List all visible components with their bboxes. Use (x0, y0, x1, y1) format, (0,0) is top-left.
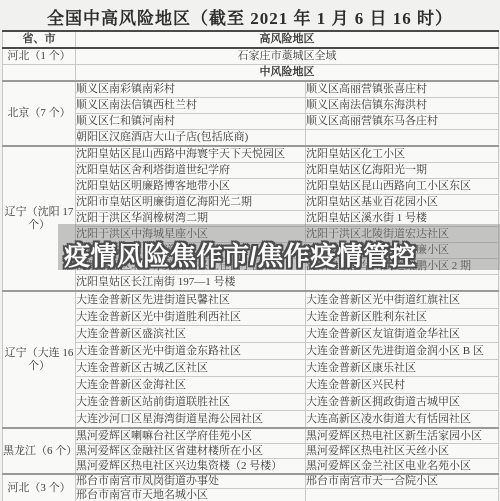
area-cell: 沈阳皇姑区昆山西路中海寰宇天下天悦园区 (76, 146, 306, 163)
area-cell: 顺义区南法信镇西杜兰村 (76, 98, 306, 114)
table-row: 顺义区南法信镇西杜兰村顺义区南法信镇东海洪村 (3, 98, 499, 114)
area-cell: 沈阳皇姑区亿海阳光一期 (306, 163, 499, 179)
area-cell: 沈阳皇姑区明廉路博客地带小区 (76, 179, 306, 195)
table-row: 沈阳皇姑区长江南街 197—1 号楼 (3, 275, 499, 292)
area-cell: 沈阳市皇姑区明廉街道亿海阳光二期 (76, 195, 306, 211)
table-row: 大连沙河口区星海湾街道星海公园社区大连高新区凌水街道大有恬园社区 (3, 411, 499, 429)
area-cell: 黑河爱辉区喇嘛台社区学府佳苑小区 (76, 428, 306, 444)
area-cell: 沈阳皇姑区化工小区 (306, 146, 499, 163)
col-header-high-risk: 高风险地区 (76, 31, 499, 48)
table-row: 大连金普新区古城乙区社区大连金普新区康乐社区 (3, 360, 499, 377)
high-risk-area-cell: 石家庄市藁城区全域 (76, 48, 499, 65)
province-cell: 河北（3 个） (3, 474, 76, 501)
table-row: 大连金普新区盛滨社区大连金普新区友谊街道金华社区 (3, 326, 499, 343)
area-cell: 黑河爱辉区热电社区兴边集资楼（2 号楼） (76, 459, 306, 475)
watermark-text: 疫情风险焦作市/焦作疫情管控 (64, 236, 500, 273)
area-cell: 黑河爱辉区金兰社区电业名苑小区 (306, 459, 499, 475)
area-cell (306, 275, 499, 292)
area-cell: 沈阳皇姑区昆山西路向工小区东区 (306, 179, 499, 195)
table-row: 北京（7 个）顺义区南彩镇南彩村顺义区高丽营镇张喜庄村 (3, 81, 499, 98)
table-row: 黑河爱辉区热电社区兴边集资楼（2 号楼）黑河爱辉区金兰社区电业名苑小区 (3, 459, 499, 475)
table-row: 辽宁（大连 16 个）大连金普新区先进街道民馨社区大连金普新区光中街道红旗社区 (3, 291, 499, 309)
table-row: 沈阳皇姑区舍利塔街道世纪学府沈阳皇姑区亿海阳光一期 (3, 163, 499, 179)
table-row: 大连金普新区光中街道胜利西社区大连金普新区胜利东社区 (3, 309, 499, 326)
province-cell: 河北（1 个） (3, 48, 76, 65)
table-row: 黑龙江（6 个）黑河爱辉区喇嘛台社区学府佳苑小区黑河爱辉区热电社区新生活家园小区 (3, 428, 499, 444)
area-cell: 大连金普新区康乐社区 (306, 360, 499, 377)
empty-cell (3, 65, 76, 82)
area-cell: 大连金普新区盛滨社区 (76, 326, 306, 343)
area-cell: 黑河爱辉区热电社区新生活家园小区 (306, 428, 499, 444)
province-cell: 辽宁（大连 16 个） (3, 291, 76, 428)
area-cell: 大连高新区凌水街道大有恬园社区 (306, 411, 499, 429)
area-cell: 顺义区仁和镇河南村 (76, 114, 306, 130)
area-cell: 黑河爱辉区热电社区天丝小区 (306, 444, 499, 459)
area-cell: 邢台市南宫市天一合院小区 (306, 474, 499, 489)
table-row: 辽宁（沈阳 17 个）沈阳皇姑区昆山西路中海寰宇天下天悦园区沈阳皇姑区化工小区 (3, 146, 499, 163)
area-cell: 黑河爱辉区金融社区省建材楼所在小区 (76, 444, 306, 459)
table-row: 沈阳市皇姑区明廉街道亿海阳光二期沈阳皇姑区基业百花园小区 (3, 195, 499, 211)
table-row: 大连金普新区站前街道联胜社区大连金普新区拥政街道古城甲区 (3, 394, 499, 411)
province-cell: 北京（7 个） (3, 81, 76, 146)
area-cell: 大连金普新区光中街道金东路社区 (76, 343, 306, 360)
area-cell: 大连金普新区先进街道民馨社区 (76, 291, 306, 309)
table-row: 大连金普新区金海社区大连金普新区兴民村 (3, 377, 499, 394)
table-row: 大连金普新区光中街道金东路社区大连金普新区先进街道金润小区 B 区 (3, 343, 499, 360)
area-cell: 沈阳皇姑区长江南街 197—1 号楼 (76, 275, 306, 292)
page: 全国中高风险地区（截至 2021 年 1 月 6 日 16 时） 省、市高风险地… (0, 0, 500, 501)
area-cell: 大连金普新区站前街道联胜社区 (76, 394, 306, 411)
area-cell: 大连沙河口区星海湾街道星海公园社区 (76, 411, 306, 429)
area-cell: 沈阳皇姑区舍利塔街道世纪学府 (76, 163, 306, 179)
area-cell: 大连金普新区先进街道金润小区 B 区 (306, 343, 499, 360)
province-cell: 黑龙江（6 个） (3, 428, 76, 474)
area-cell: 顺义区南彩镇南彩村 (76, 81, 306, 98)
area-cell (306, 489, 499, 501)
area-cell: 大连金普新区光中街道胜利西社区 (76, 309, 306, 326)
area-cell: 邢台市南宫市凤岗街道办事处 (76, 474, 306, 489)
table-row: 河北（1 个）石家庄市藁城区全域 (3, 48, 499, 65)
area-cell: 大连金普新区古城乙区社区 (76, 360, 306, 377)
col-header-province: 省、市 (3, 31, 76, 48)
page-title: 全国中高风险地区（截至 2021 年 1 月 6 日 16 时） (0, 4, 500, 29)
area-cell: 顺义区南法信镇东海洪村 (306, 98, 499, 114)
area-cell (306, 130, 499, 147)
area-cell: 顺义区高丽营镇东马各庄村 (306, 114, 499, 130)
area-cell: 大连金普新区胜利东社区 (306, 309, 499, 326)
medium-risk-header-cell: 中风险地区 (76, 65, 499, 82)
area-cell: 顺义区高丽营镇张喜庄村 (306, 81, 499, 98)
area-cell: 大连金普新区友谊街道金华社区 (306, 326, 499, 343)
table-row: 邢台市南宫市天地名城小区 (3, 489, 499, 501)
table-row: 省、市高风险地区 (3, 31, 499, 48)
table-row: 沈阳皇姑区明廉路博客地带小区沈阳皇姑区昆山西路向工小区东区 (3, 179, 499, 195)
area-cell: 朝阳区汉庭酒店大山子店(包括底商) (76, 130, 306, 147)
table-row: 黑河爱辉区金融社区省建材楼所在小区黑河爱辉区热电社区天丝小区 (3, 444, 499, 459)
area-cell: 大连金普新区光中街道红旗社区 (306, 291, 499, 309)
area-cell: 邢台市南宫市天地名城小区 (76, 489, 306, 501)
area-cell: 大连金普新区兴民村 (306, 377, 499, 394)
table-row: 朝阳区汉庭酒店大山子店(包括底商) (3, 130, 499, 147)
table-row: 河北（3 个）邢台市南宫市凤岗街道办事处邢台市南宫市天一合院小区 (3, 474, 499, 489)
area-cell: 沈阳皇姑区基业百花园小区 (306, 195, 499, 211)
area-cell: 大连金普新区拥政街道古城甲区 (306, 394, 499, 411)
area-cell: 大连金普新区金海社区 (76, 377, 306, 394)
table-row: 中风险地区 (3, 65, 499, 82)
table-row: 顺义区仁和镇河南村顺义区高丽营镇东马各庄村 (3, 114, 499, 130)
